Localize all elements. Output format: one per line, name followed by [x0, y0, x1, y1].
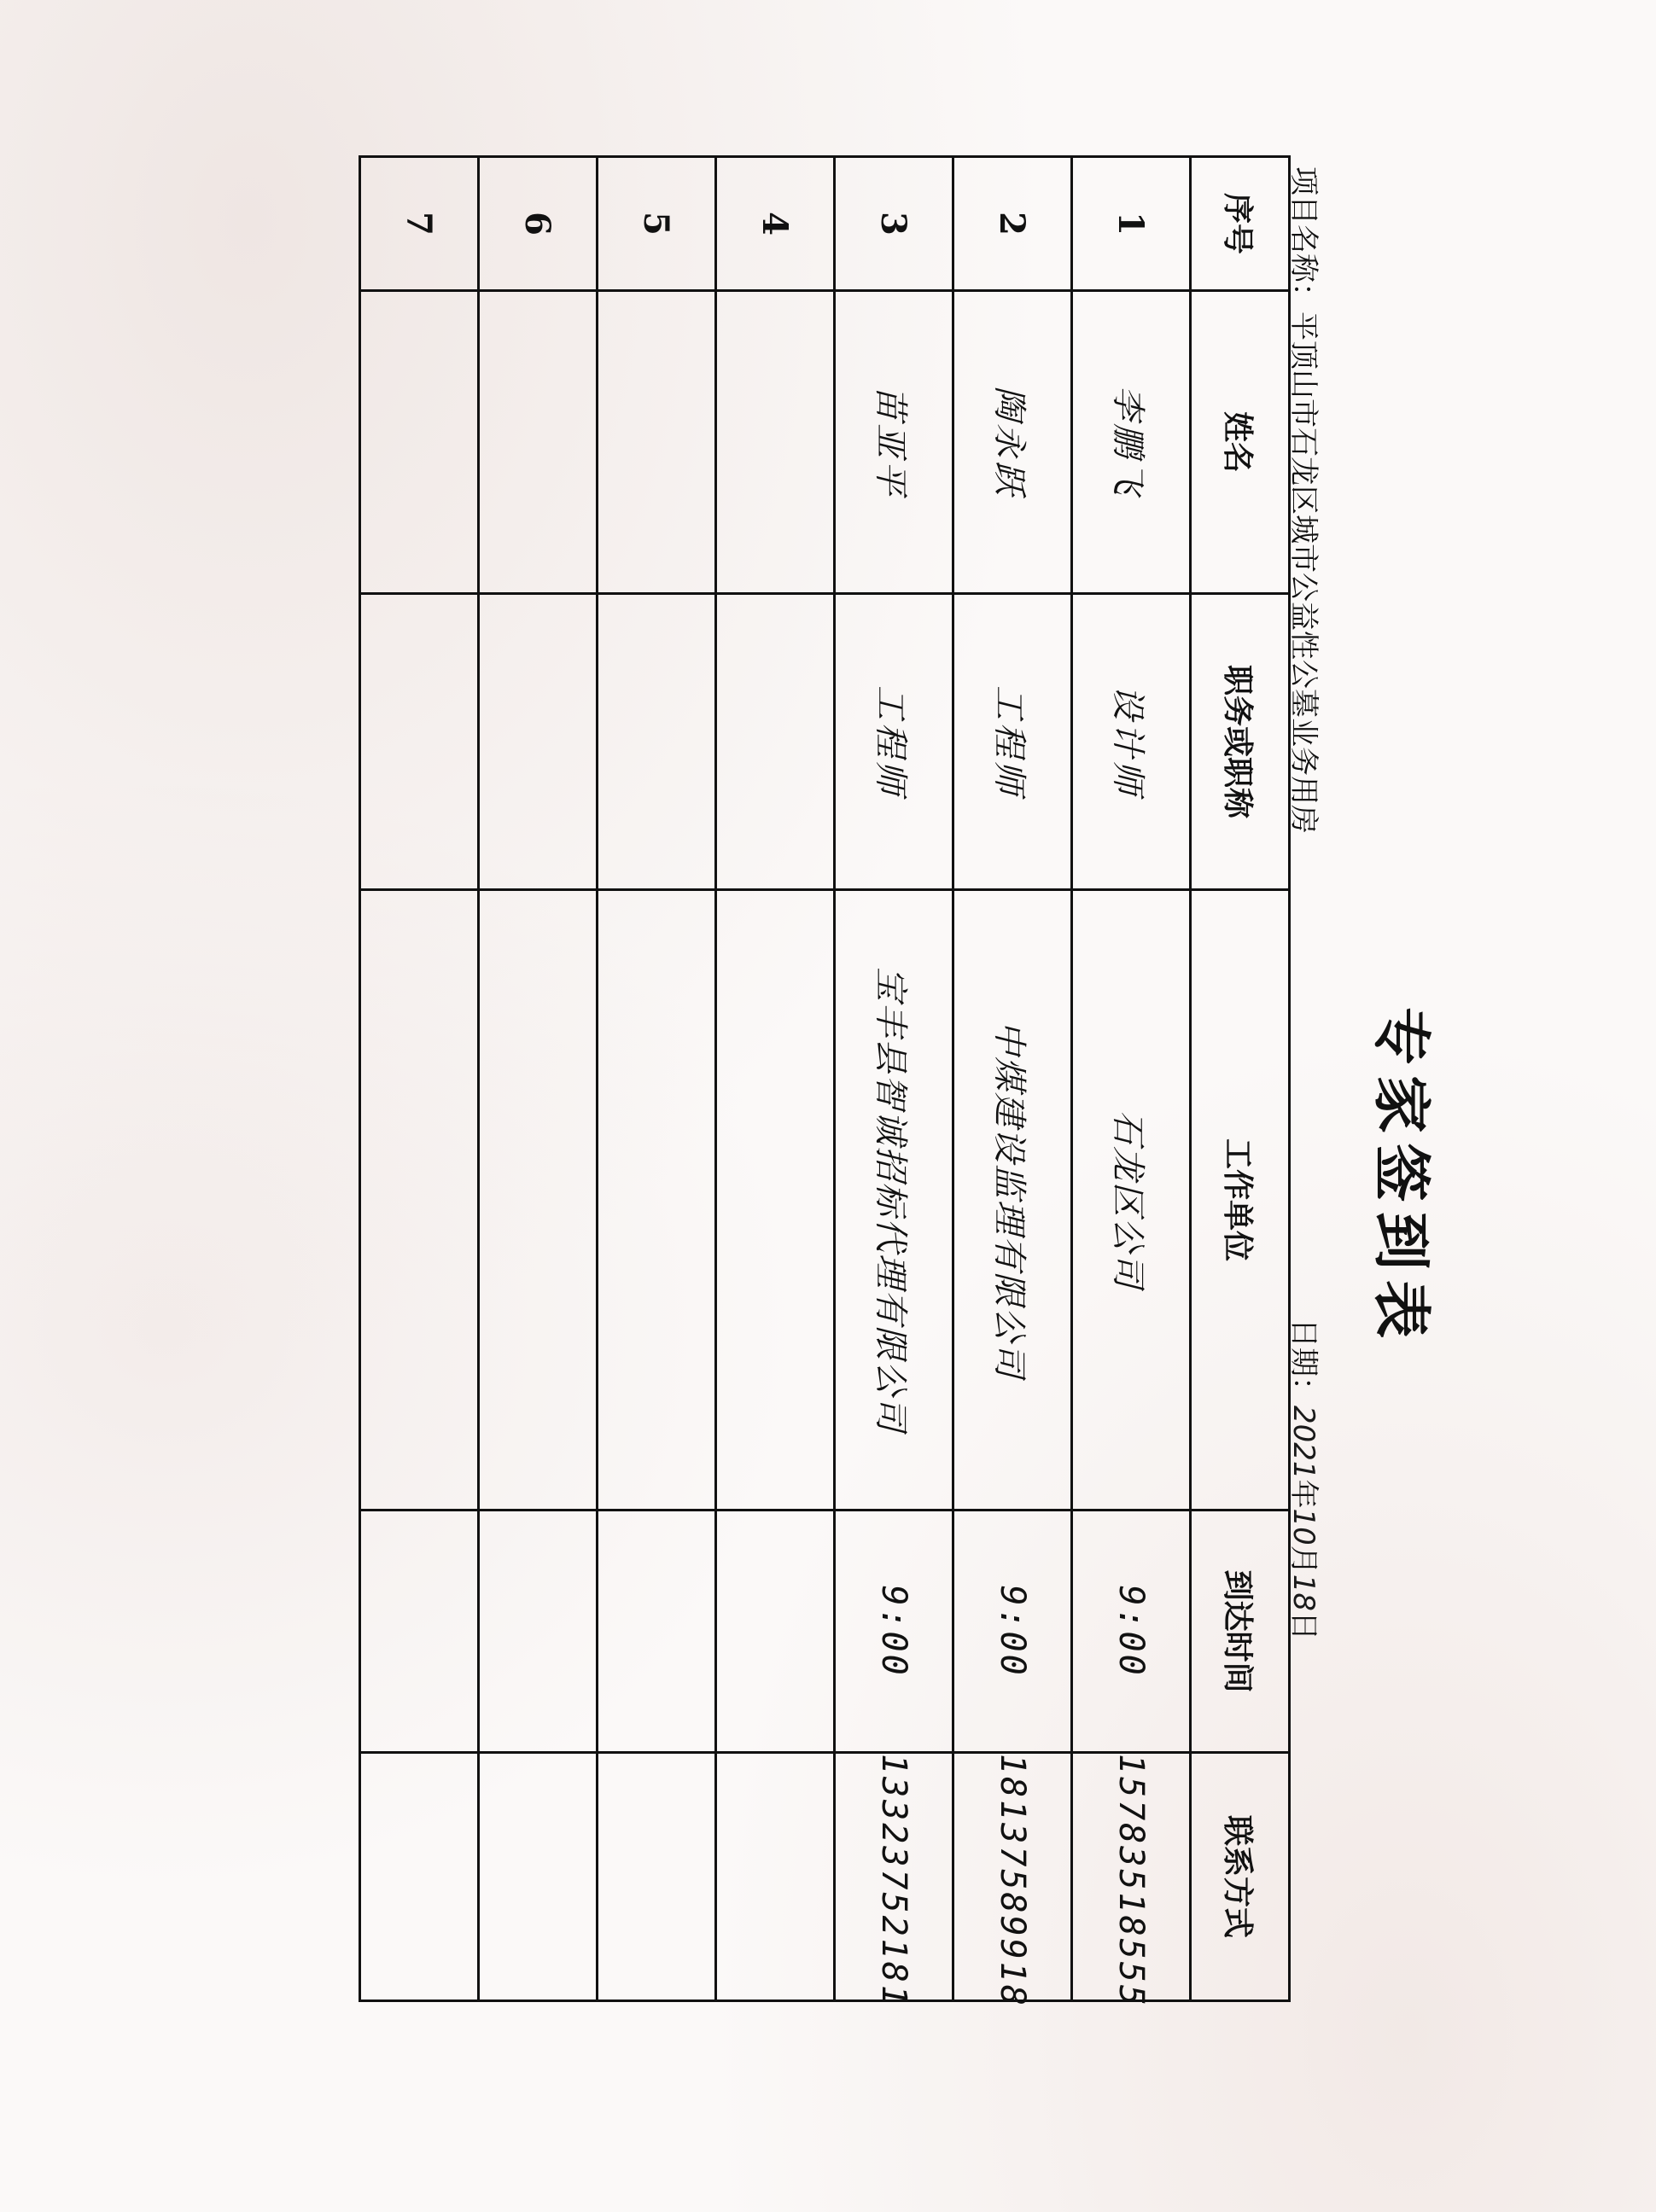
project-name: 平顶山市石龙区城市公益性公墓业务用房	[1286, 311, 1321, 834]
date-year: 2021	[1286, 1406, 1321, 1480]
row-index: 1	[1072, 157, 1191, 291]
row-index: 5	[598, 157, 716, 291]
row-arrival: 9:00	[1072, 1511, 1191, 1753]
project-name-line: 项目名称：平顶山市石龙区城市公益性公墓业务用房	[1286, 166, 1327, 834]
date-month-suffix: 月	[1286, 1545, 1321, 1575]
row-arrival	[360, 1511, 479, 1753]
row-index: 6	[479, 157, 598, 291]
row-name: 苗亚平	[835, 291, 953, 594]
date-day: 18	[1286, 1575, 1321, 1611]
row-arrival	[479, 1511, 598, 1753]
row-unit: 中煤建设监理有限公司	[953, 890, 1072, 1511]
project-label: 项目名称：	[1286, 166, 1321, 311]
row-unit	[360, 890, 479, 1511]
header-name: 姓名	[1191, 291, 1290, 594]
header-index: 序号	[1191, 157, 1290, 291]
header-phone: 联系方式	[1191, 1753, 1290, 2001]
row-title	[360, 594, 479, 890]
date-year-suffix: 年	[1286, 1480, 1321, 1509]
row-title	[598, 594, 716, 890]
table-row: 3 苗亚平 工程师 宝丰县智诚招标代理有限公司 9:00 13323752181	[835, 157, 953, 2001]
header-title: 职务或职称	[1191, 594, 1290, 890]
row-phone	[479, 1753, 598, 2001]
row-index: 3	[835, 157, 953, 291]
row-name	[360, 291, 479, 594]
form-title: 专家签到表	[1364, 1007, 1447, 1348]
row-unit: 石龙区公司	[1072, 890, 1191, 1511]
table-row: 6	[479, 157, 598, 2001]
header-unit: 工作单位	[1191, 890, 1290, 1511]
row-arrival	[716, 1511, 835, 1753]
row-unit	[716, 890, 835, 1511]
row-title: 工程师	[953, 594, 1072, 890]
date-label: 日期：	[1286, 1318, 1321, 1406]
row-title	[716, 594, 835, 890]
row-title: 设计师	[1072, 594, 1191, 890]
row-name: 李鹏飞	[1072, 291, 1191, 594]
row-arrival: 9:00	[953, 1511, 1072, 1753]
row-phone: 18137589918	[953, 1753, 1072, 2001]
table-row: 2 陶永跃 工程师 中煤建设监理有限公司 9:00 18137589918	[953, 157, 1072, 2001]
sign-in-form: 专家签到表 项目名称：平顶山市石龙区城市公益性公墓业务用房 日期：2021年10…	[0, 0, 1656, 2212]
row-phone: 13323752181	[835, 1753, 953, 2001]
row-phone	[360, 1753, 479, 2001]
row-index: 2	[953, 157, 1072, 291]
table-header-row: 序号 姓名 职务或职称 工作单位 到达时间 联系方式	[1191, 157, 1290, 2001]
row-title: 工程师	[835, 594, 953, 890]
header-arrival: 到达时间	[1191, 1511, 1290, 1753]
row-name: 陶永跃	[953, 291, 1072, 594]
row-phone	[716, 1753, 835, 2001]
row-name	[716, 291, 835, 594]
row-unit	[479, 890, 598, 1511]
row-phone: 15783518555	[1072, 1753, 1191, 2001]
row-name	[479, 291, 598, 594]
row-unit: 宝丰县智诚招标代理有限公司	[835, 890, 953, 1511]
row-index: 7	[360, 157, 479, 291]
row-title	[479, 594, 598, 890]
table-row: 4	[716, 157, 835, 2001]
date-month: 10	[1286, 1509, 1321, 1545]
table-row: 5	[598, 157, 716, 2001]
row-phone	[598, 1753, 716, 2001]
row-unit	[598, 890, 716, 1511]
row-index: 4	[716, 157, 835, 291]
row-name	[598, 291, 716, 594]
row-arrival	[598, 1511, 716, 1753]
row-arrival: 9:00	[835, 1511, 953, 1753]
date-day-suffix: 日	[1286, 1611, 1321, 1640]
sign-in-table: 序号 姓名 职务或职称 工作单位 到达时间 联系方式 1 李鹏飞 设计师 石龙区…	[359, 155, 1291, 2002]
date-line: 日期：2021年10月18日	[1286, 1318, 1327, 1640]
table-row: 1 李鹏飞 设计师 石龙区公司 9:00 15783518555	[1072, 157, 1191, 2001]
table-row: 7	[360, 157, 479, 2001]
